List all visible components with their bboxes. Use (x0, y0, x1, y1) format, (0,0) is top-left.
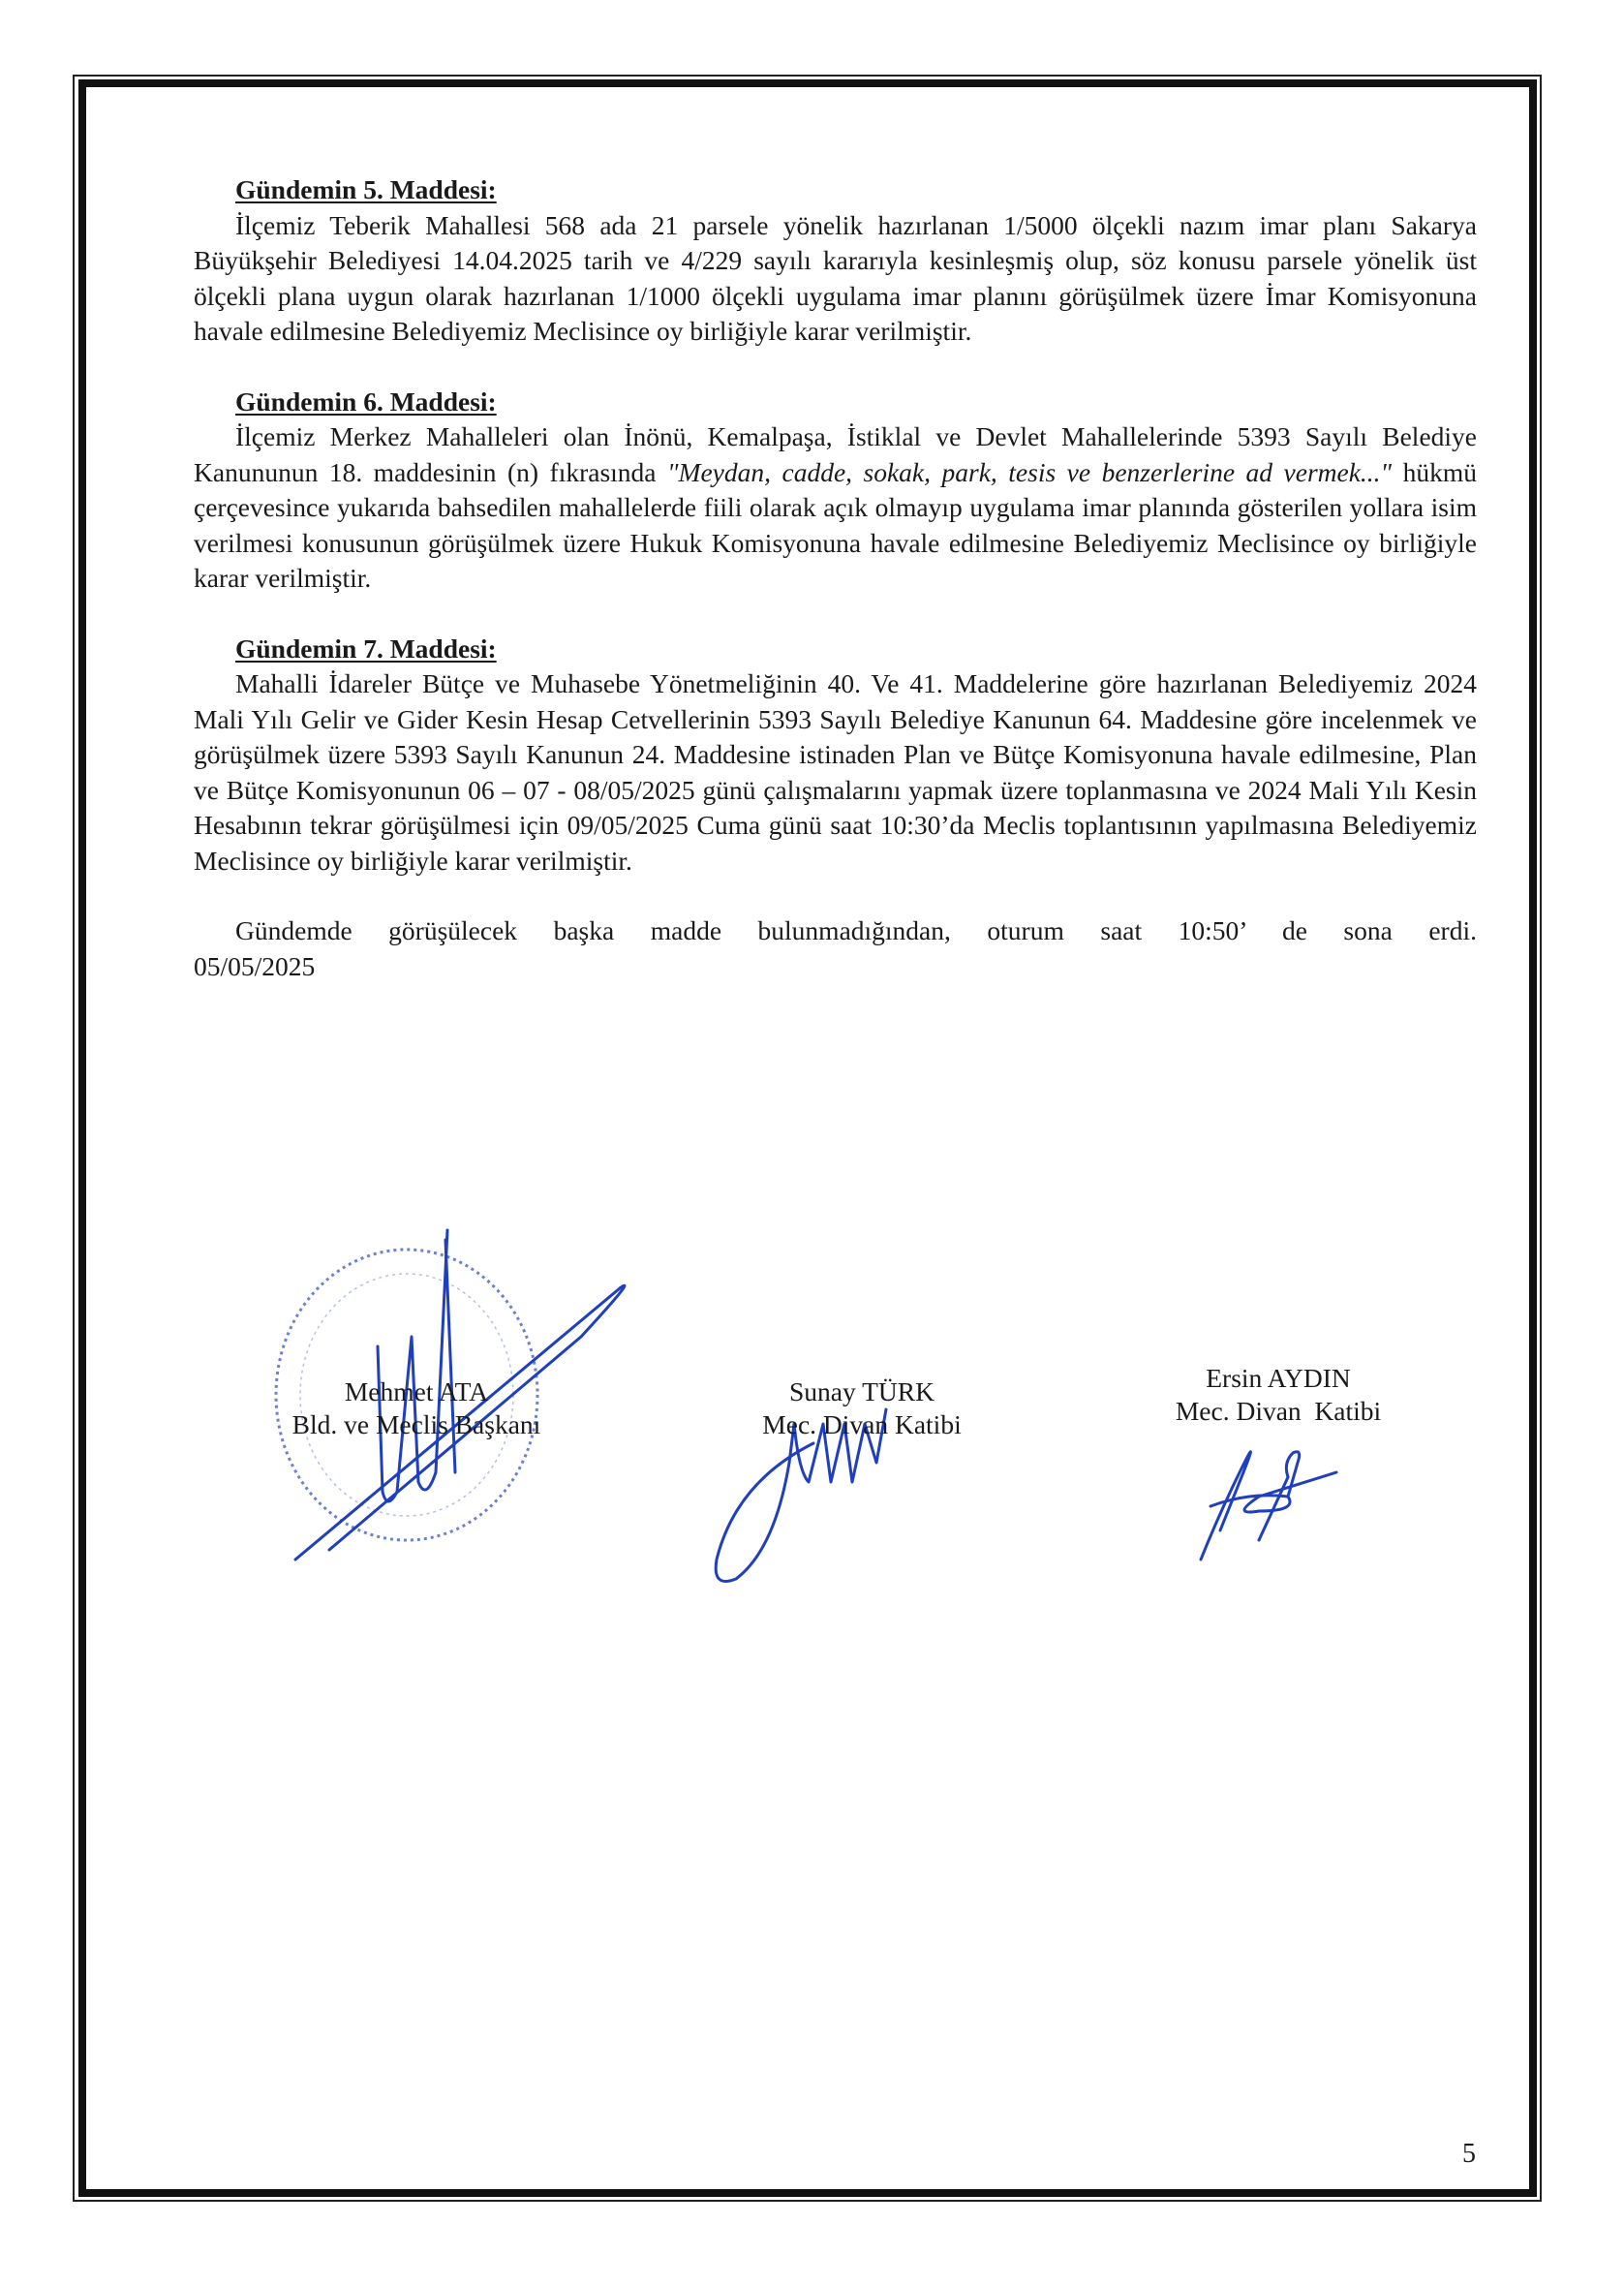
section-heading: Gündemin 6. Maddesi: (235, 385, 1477, 420)
signatory-name: Ersin AYDIN (1123, 1362, 1433, 1395)
closing-statement: Gündemde görüşülecek başka madde bulunma… (194, 913, 1477, 984)
section-text: İlçemiz Merkez Mahalleleri olan İnönü, K… (194, 419, 1477, 597)
agenda-item-7: Gündemin 7. Maddesi: Mahalli İdareler Bü… (194, 632, 1477, 880)
closing-text: Gündemde görüşülecek başka madde bulunma… (194, 913, 1477, 949)
signatory-name: Mehmet ATA (242, 1375, 591, 1408)
signatory-title: Bld. ve Meclis Başkanı (242, 1408, 591, 1441)
law-quote: "Meydan, cadde, sokak, park, tesis ve be… (667, 457, 1392, 487)
section-text: İlçemiz Teberik Mahallesi 568 ada 21 par… (194, 208, 1477, 350)
signatory-clerk-2: Ersin AYDIN Mec. Divan Katibi (1123, 1362, 1433, 1428)
section-heading: Gündemin 5. Maddesi: (235, 172, 1477, 208)
agenda-item-6: Gündemin 6. Maddesi: İlçemiz Merkez Maha… (194, 385, 1477, 597)
signatory-name: Sunay TÜRK (707, 1375, 1017, 1408)
agenda-item-5: Gündemin 5. Maddesi: İlçemiz Teberik Mah… (194, 172, 1477, 350)
section-text: Mahalli İdareler Bütçe ve Muhasebe Yönet… (194, 666, 1477, 879)
closing-date: 05/05/2025 (194, 949, 1477, 985)
signatory-mayor: Mehmet ATA Bld. ve Meclis Başkanı (242, 1375, 591, 1441)
signatory-title: Mec. Divan Katibi (1123, 1395, 1433, 1428)
document-body: Gündemin 5. Maddesi: İlçemiz Teberik Mah… (194, 172, 1477, 1019)
signatory-clerk-1: Sunay TÜRK Mec. Divan Katibi (707, 1375, 1017, 1441)
section-heading: Gündemin 7. Maddesi: (235, 632, 1477, 667)
page-number: 5 (1462, 2139, 1476, 2170)
signatory-title: Mec. Divan Katibi (707, 1408, 1017, 1441)
